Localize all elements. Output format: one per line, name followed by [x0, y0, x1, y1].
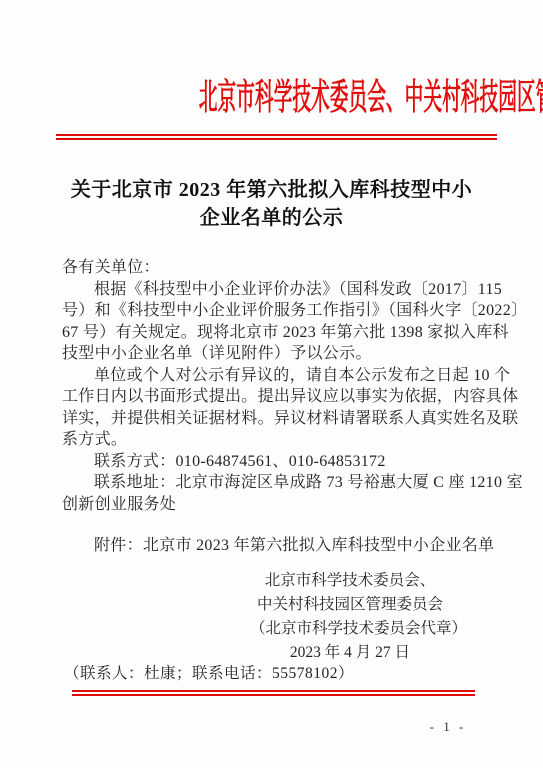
footer-double-rule	[72, 690, 475, 696]
salutation-line: 各有关单位：	[62, 257, 492, 279]
contact-phone-line: 联系方式：010-64874561、010-64853172	[62, 451, 492, 473]
document-title: 关于北京市 2023 年第六批拟入库科技型中小 企业名单的公示	[40, 176, 503, 232]
document-page: 北京市科学技术委员会、中关村科技园区管理委员会 关于北京市 2023 年第六批拟…	[0, 0, 543, 768]
signature-org-line2: 中关村科技园区管理委员会	[250, 593, 450, 617]
document-body: 各有关单位： 根据《科技型中小企业评价办法》（国科发政〔2017〕115 号）和…	[62, 257, 492, 515]
contact-address-line: 联系地址：北京市海淀区阜成路 73 号裕惠大厦 C 座 1210 室	[62, 472, 492, 494]
signature-block: 北京市科学技术委员会、 中关村科技园区管理委员会 （北京市科学技术委员会代章） …	[250, 569, 450, 665]
letterhead-banner: 北京市科学技术委员会、中关村科技园区管理委员会	[0, 72, 543, 122]
signature-seal-note: （北京市科学技术委员会代章）	[250, 617, 450, 641]
body-line: 号）和《科技型中小企业评价服务工作指引》（国科火字〔2022〕	[62, 300, 492, 322]
body-line: 67 号）有关规定。现将北京市 2023 年第六批 1398 家拟入库科	[62, 322, 492, 344]
body-line: 详实，并提供相关证据材料。异议材料请署联系人真实姓名及联	[62, 408, 492, 430]
signature-org-line1: 北京市科学技术委员会、	[250, 569, 450, 593]
document-title-line1: 关于北京市 2023 年第六批拟入库科技型中小	[40, 176, 503, 204]
document-title-line2: 企业名单的公示	[40, 204, 503, 232]
body-line: 技型中小企业名单（详见附件）予以公示。	[62, 343, 492, 365]
body-line: 单位或个人对公示有异议的，请自本公示发布之日起 10 个	[62, 365, 492, 387]
attachment-reference-line: 附件：北京市 2023 年第六批拟入库科技型中小企业名单	[94, 532, 494, 555]
contact-person-note: （联系人：杜康；联系电话：55578102）	[64, 661, 354, 683]
letterhead-org-name: 北京市科学技术委员会、中关村科技园区管理委员会	[199, 72, 543, 122]
body-line: 工作日内以书面形式提出。提出异议应以事实为依据，内容具体	[62, 386, 492, 408]
body-line: 系方式。	[62, 429, 492, 451]
contact-address-line-2: 创新创业服务处	[62, 494, 492, 516]
page-number: - 1 -	[408, 719, 488, 735]
letterhead-double-rule	[56, 134, 497, 140]
body-line: 根据《科技型中小企业评价办法》（国科发政〔2017〕115	[62, 279, 492, 301]
